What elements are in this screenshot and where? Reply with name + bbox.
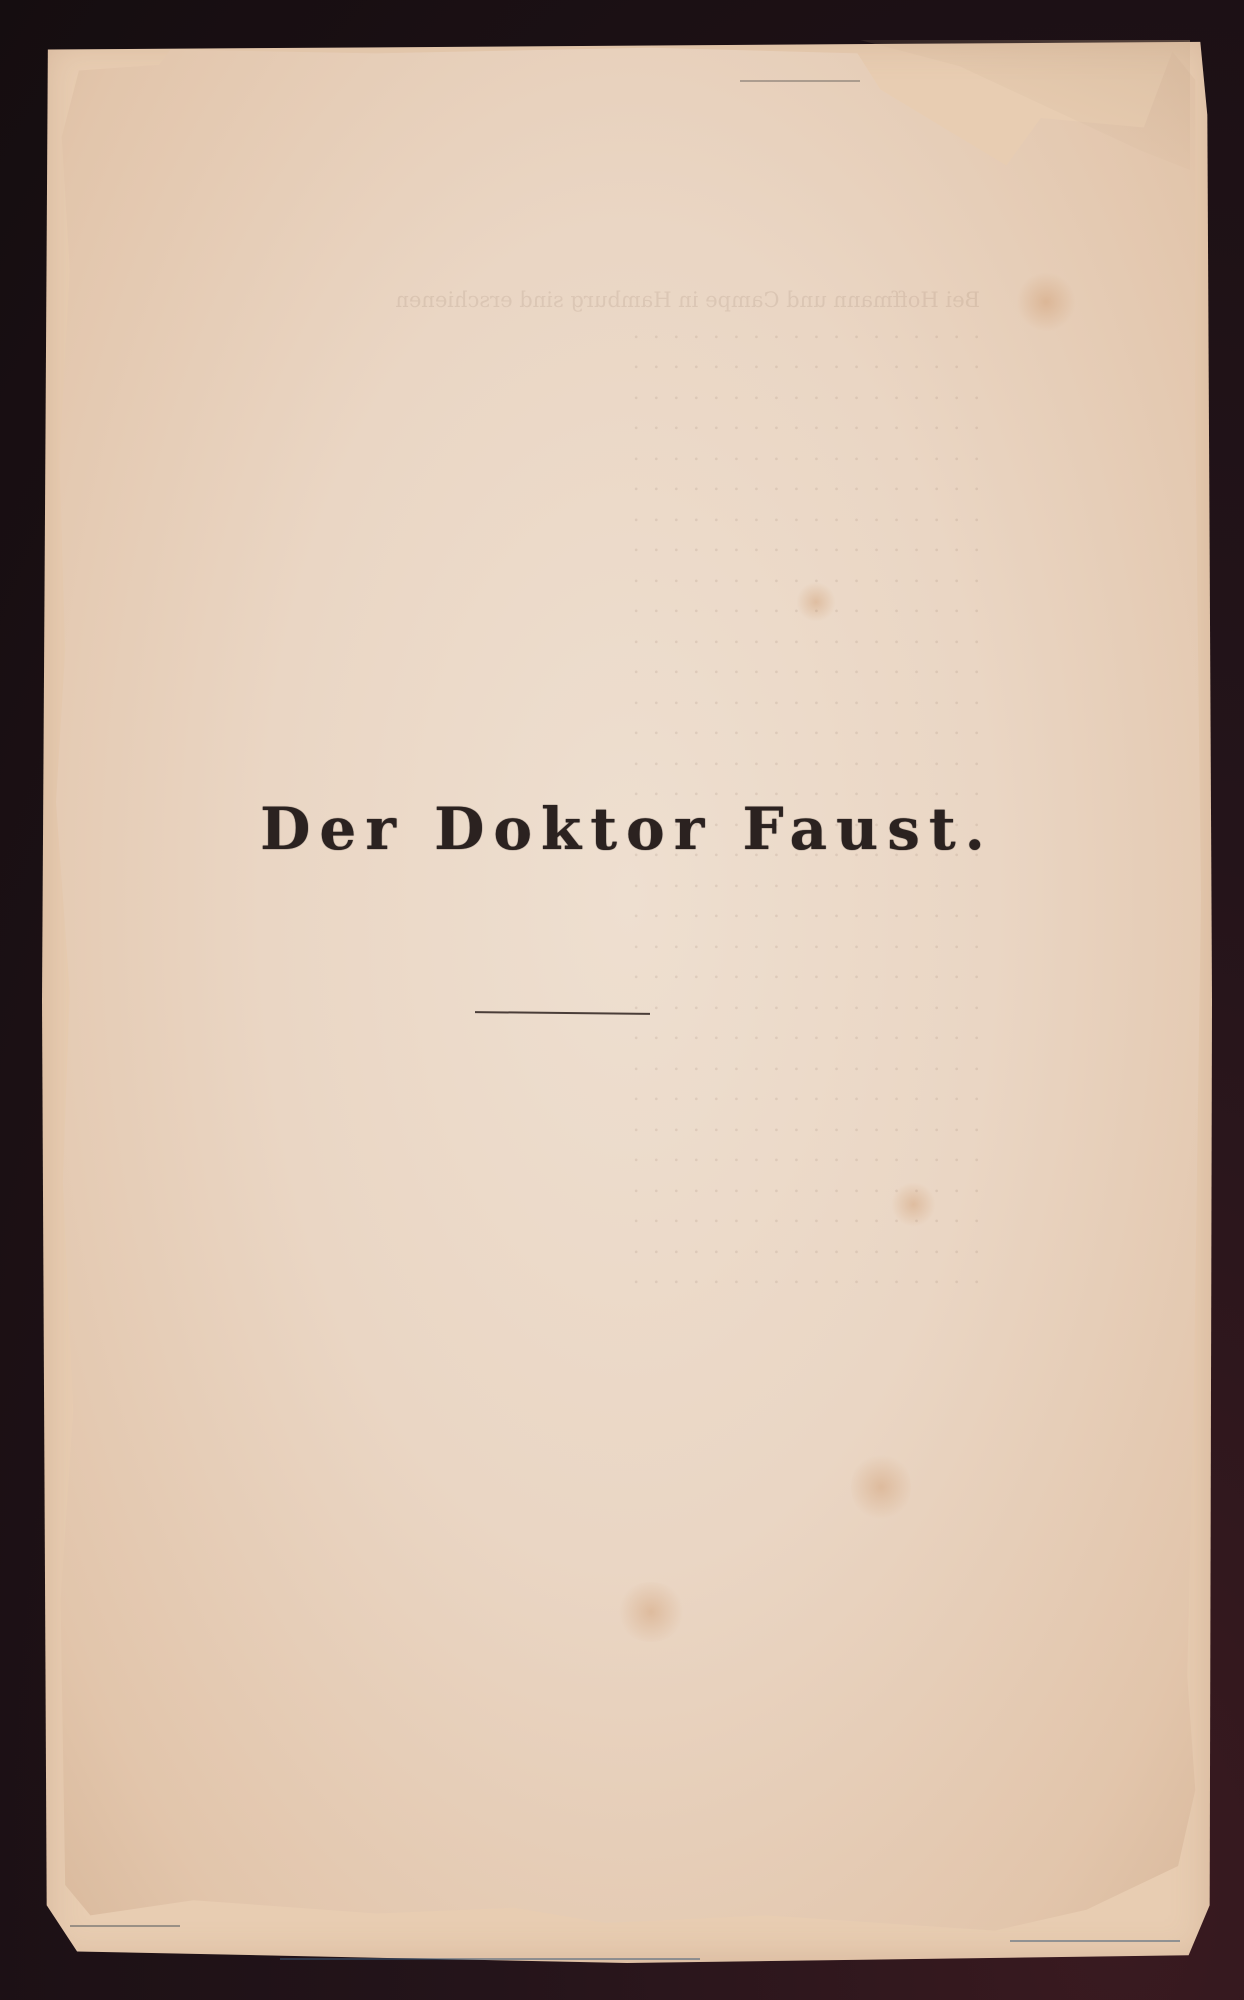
show-through-text: Bei Hoffmann und Campe in Hamburg sind e…: [200, 285, 980, 1292]
torn-edge: [70, 1925, 180, 1927]
foxing-spot: [851, 1452, 911, 1522]
page-title: Der Doktor Faust.: [260, 795, 994, 863]
torn-edge: [1010, 1940, 1180, 1942]
show-through-header: Bei Hoffmann und Campe in Hamburg sind e…: [395, 288, 980, 312]
torn-edge: [740, 80, 860, 82]
foxing-spot: [616, 1582, 686, 1642]
foxing-spot: [1016, 272, 1076, 332]
torn-edge: [280, 1958, 700, 1960]
title-block: Der Doktor Faust.: [0, 795, 1244, 863]
